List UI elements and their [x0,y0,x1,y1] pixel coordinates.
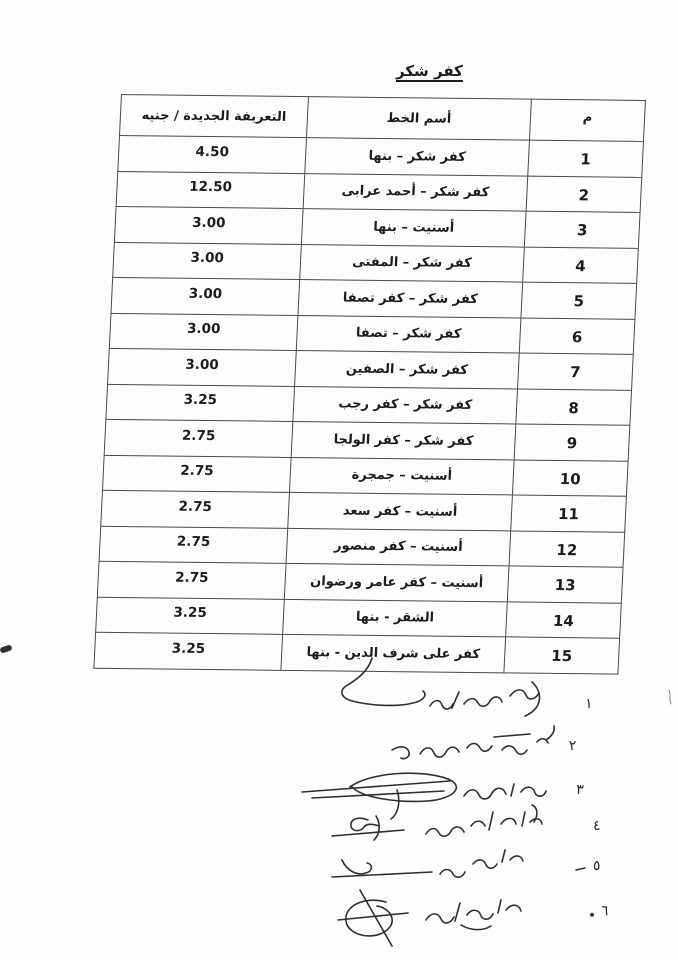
signature-numeral-3: ٣ [575,782,584,799]
signature-numeral-6: ٦ [600,903,609,920]
cell-no: 9 [514,424,630,461]
cell-no: 13 [507,566,623,603]
cell-no: 8 [516,389,632,426]
tariff-table: م أسم الخط التعريفة الجديدة / جنيه 1 كفر… [93,94,646,674]
table-row: 12 أسنيت – كفر منصور 2.75 [99,526,625,567]
signature-numeral-2: ٢ [569,738,577,754]
cell-no: 2 [526,176,642,213]
table-header-row: م أسم الخط التعريفة الجديدة / جنيه [120,95,646,142]
cell-tariff: 3.00 [113,242,302,280]
signature-numeral-4: ٤ [592,818,601,834]
table-row: 11 أسنيت – كفر سعد 2.75 [101,490,627,531]
signature-scribble-2 [392,726,554,759]
signature-numeral-1: ١ [584,696,593,712]
cell-no: 6 [519,318,635,355]
cell-tariff: 3.25 [94,632,283,670]
cell-route: أسنيت – كفر منصور [286,528,511,566]
cell-no: 4 [523,247,639,284]
cell-route: كفر شكر – أحمد عرابى [303,173,528,211]
cell-route: أسنيت – كفر سعد [288,492,513,530]
cell-tariff: 2.75 [97,561,286,599]
cell-tariff: 3.25 [106,384,295,422]
table-row: 15 كفر على شرف الدين - بنها 3.25 [94,632,620,673]
table-row: 1 كفر شكر – بنها 4.50 [118,135,644,176]
scanned-document-page: كفر شكر م أسم الخط التعريفة الجديدة / جن… [0,0,678,960]
table-row: 10 أسنيت – جمجرة 2.75 [102,455,628,496]
cell-route: كفر على شرف الدين - بنها [281,634,506,672]
cell-route: كفر شكر – بنها [305,138,530,176]
cell-no: 1 [528,140,644,177]
cell-tariff: 3.00 [109,313,298,351]
table-row: 5 كفر شكر – كفر تصفا 3.00 [111,277,637,318]
cell-route: كفر شكر – الصفين [295,351,520,389]
header-cell-no: م [529,99,645,141]
cell-tariff: 3.00 [114,206,303,244]
table-row: 7 كفر شكر – الصفين 3.00 [108,348,634,389]
cell-no: 15 [504,637,620,674]
cell-tariff: 2.75 [99,526,288,564]
header-cell-tariff: التعريفة الجديدة / جنيه [120,95,309,138]
table-row: 9 كفر شكر – كفر الولجا 2.75 [104,419,630,460]
cell-route: كفر شكر – كفر تصفا [298,280,523,318]
cell-tariff: 4.50 [118,135,307,173]
table-row: 14 الشقر - بنها 3.25 [96,597,622,638]
cell-tariff: 2.75 [102,455,291,493]
cell-no: 3 [524,211,640,248]
cell-tariff: 2.75 [101,490,290,528]
cell-route: كفر شكر – كفر الولجا [291,421,516,459]
cell-no: 10 [512,459,628,496]
cell-no: 7 [518,353,634,390]
cell-no: 11 [511,495,627,532]
table-row: 2 كفر شكر – أحمد عرابى 12.50 [116,171,642,212]
cell-route: كفر شكر – تصفا [296,315,521,353]
cell-tariff: 3.00 [108,348,297,386]
table-row: 3 أسنيت – بنها 3.00 [114,206,640,247]
cell-route: كفر شكر – كفر رجب [293,386,518,424]
cell-tariff: 3.00 [111,277,300,315]
cell-tariff: 2.75 [104,419,293,457]
signature-scribble-4 [332,805,542,840]
table-row: 6 كفر شكر – تصفا 3.00 [109,313,635,354]
cell-route: أسنيت – كفر عامر ورضوان [284,563,509,601]
cell-no: 5 [521,282,637,319]
table-row: 13 أسنيت – كفر عامر ورضوان 2.75 [97,561,623,602]
cell-route: الشقر - بنها [283,599,508,637]
cell-no: 12 [509,530,625,567]
table-row: 8 كفر شكر – كفر رجب 3.25 [106,384,632,425]
scan-artifact-speck [0,644,13,653]
header-cell-route: أسم الخط [306,97,531,141]
signature-numeral-5: ٥ [593,858,601,874]
cell-route: أسنيت – جمجرة [289,457,514,495]
signature-scribble-6 [338,890,593,946]
signature-scribble-3 [302,773,546,819]
cell-route: أسنيت – بنها [301,209,526,247]
table-row: 4 كفر شكر – المفتى 3.00 [113,242,639,283]
cell-route: كفر شكر – المفتى [300,244,525,282]
signature-scribble-5 [332,850,585,877]
page-title: كفر شكر [396,62,463,80]
cell-tariff: 3.25 [96,597,285,635]
cell-no: 14 [506,601,622,638]
cell-tariff: 12.50 [116,171,305,209]
